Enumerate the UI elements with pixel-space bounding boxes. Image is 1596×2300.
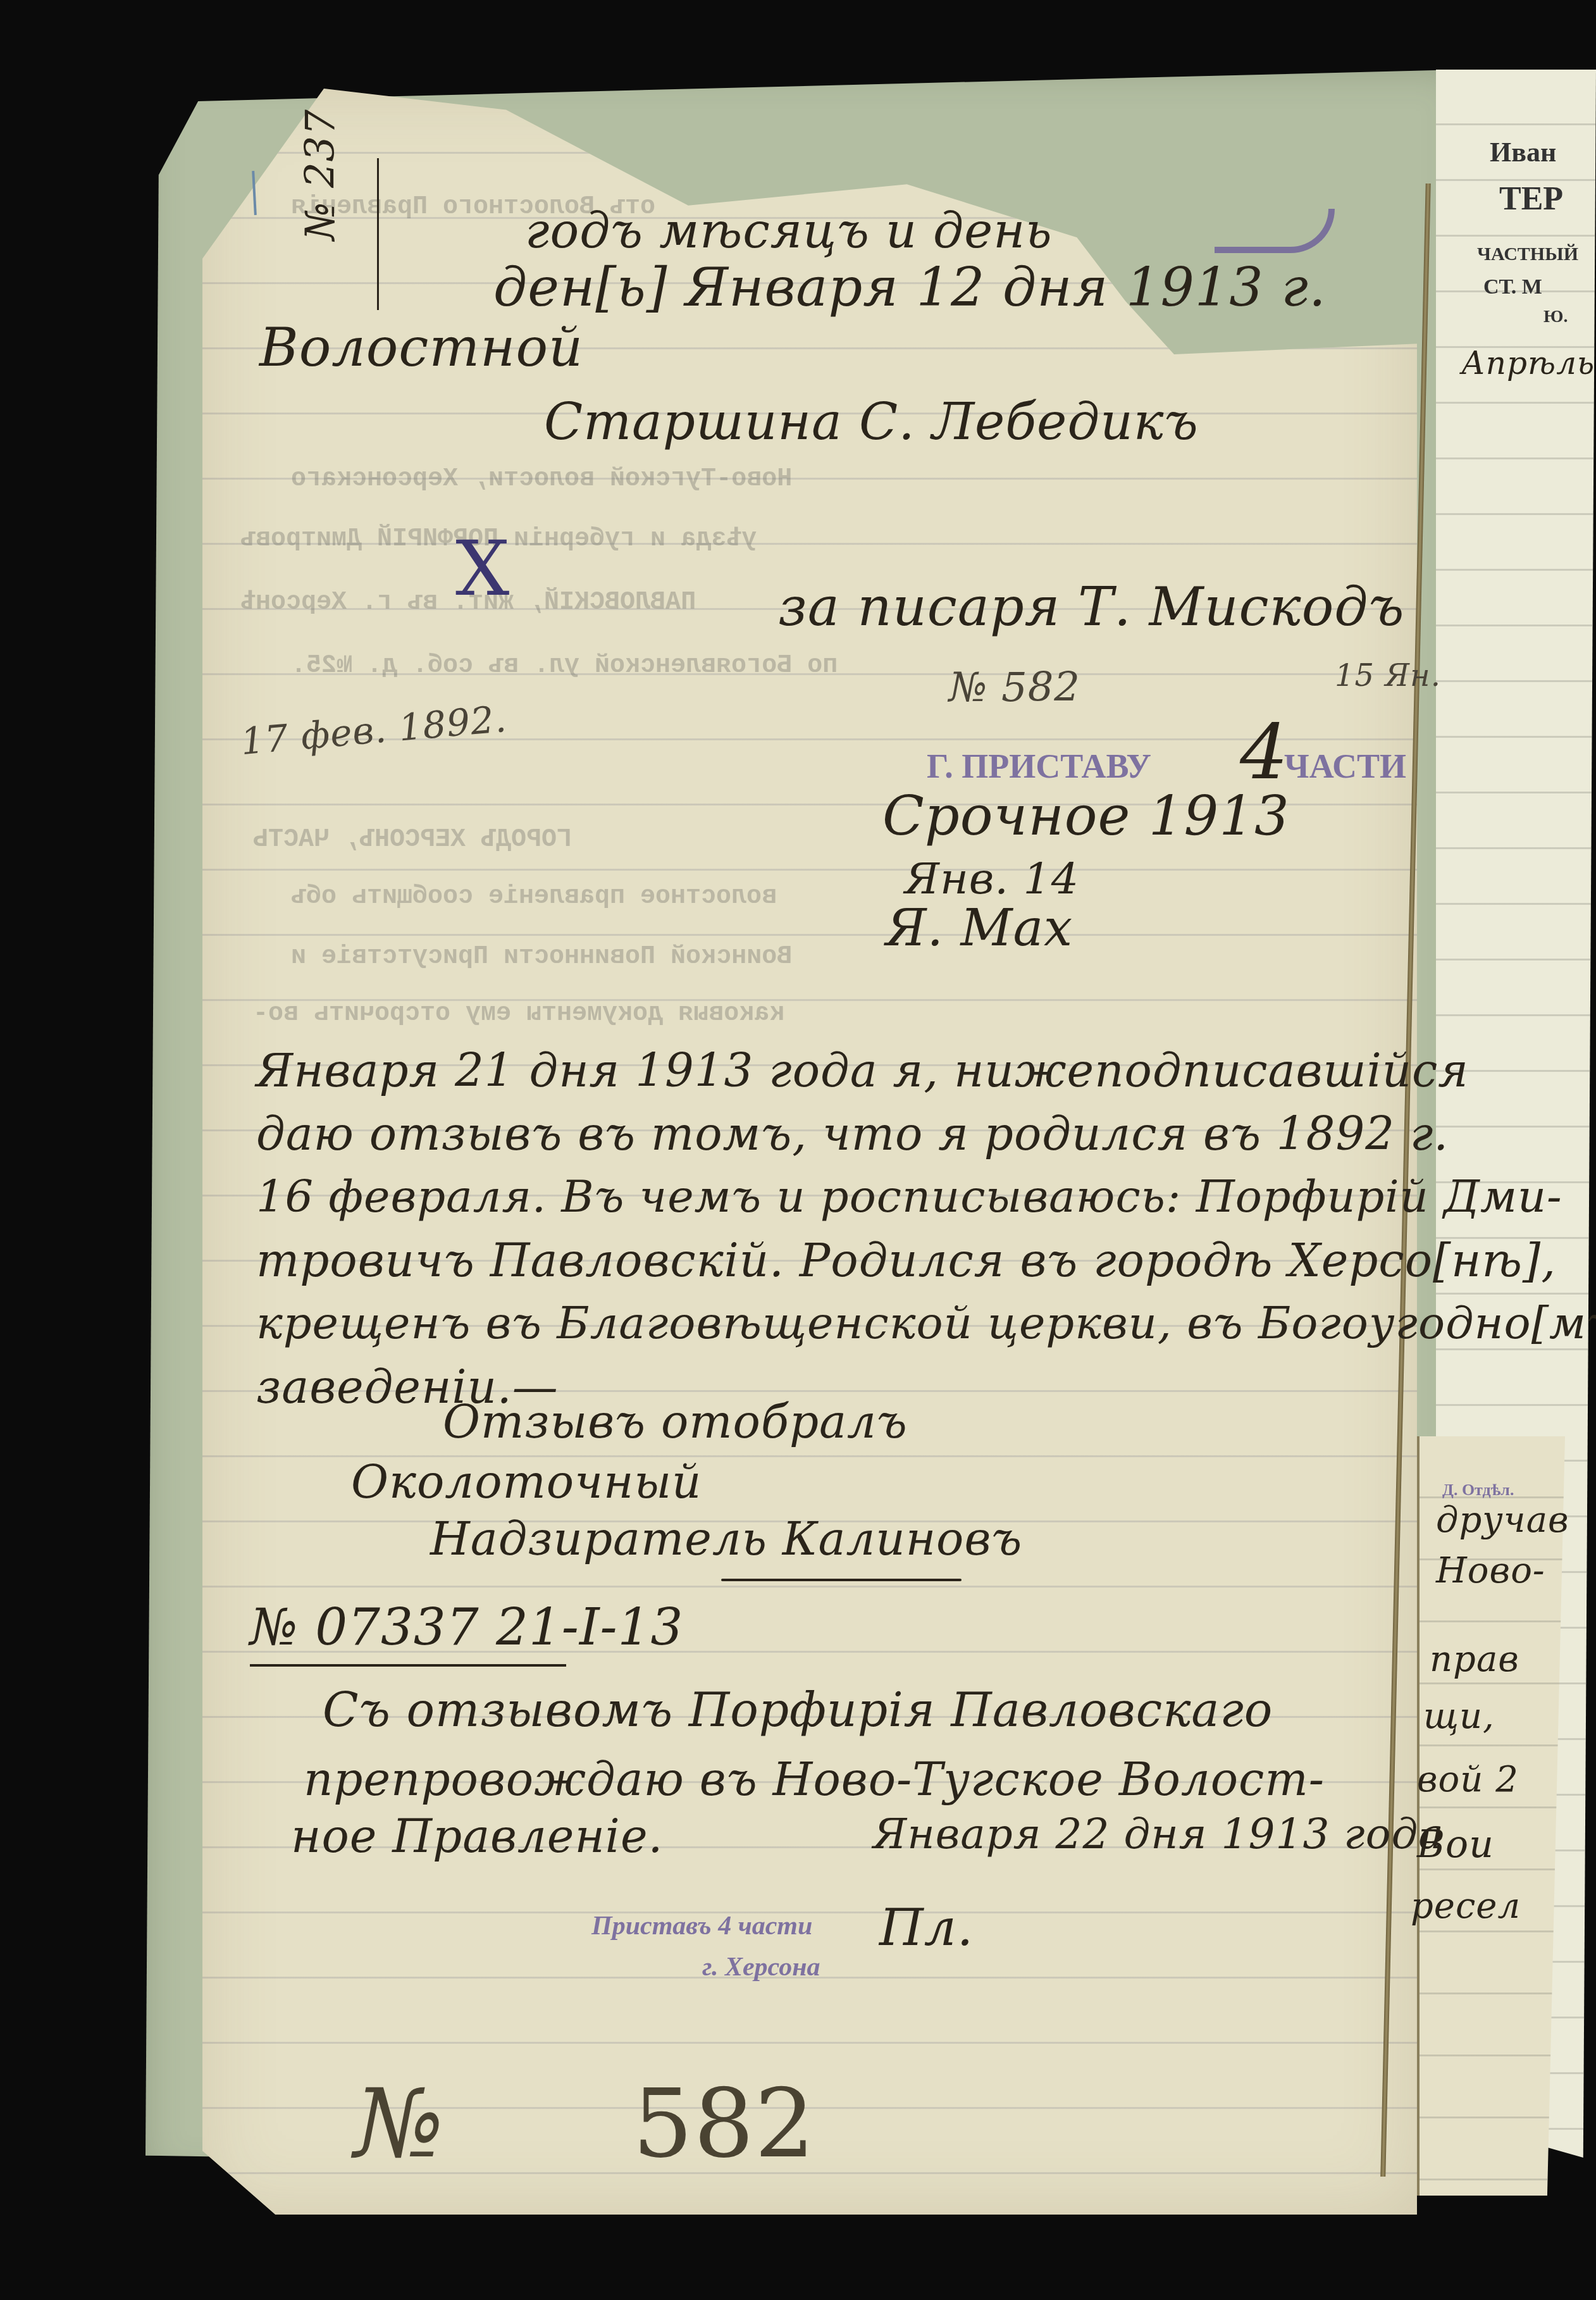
testimony-line: 16 февраля. Въ чемъ и росписываюсь: Порф…	[256, 1171, 1562, 1222]
mirrored-typed-line: Воинской Повинности Присутствіе и	[291, 943, 792, 971]
right-sheet-printed-address: СТ. М	[1483, 275, 1542, 299]
right-lower-fragment: вой 2	[1417, 1759, 1519, 1800]
footer-number-value: 582	[633, 2069, 815, 2179]
right-lower-stamp: Д. Отдѣл.	[1442, 1481, 1514, 1500]
mirrored-typed-line: каковыя документы ему отсрочить во-	[253, 1000, 784, 1028]
right-lower-fragment: Ново-	[1436, 1550, 1545, 1591]
taken-by-label: Отзывъ отобралъ	[443, 1395, 908, 1448]
header-line-2: ден[ь] Января 12 дня 1913 г.	[493, 256, 1327, 318]
mirrored-typed-line: волостное правленіе сообщить объ	[291, 883, 777, 911]
mirrored-typed-line: Ново-Тугской волости, Херсонскаго	[291, 465, 792, 494]
clerk-signature: за писаря Т. Мискодъ	[778, 576, 1405, 638]
right-sheet-signature: Апрѣль	[1461, 345, 1595, 382]
right-sheet-printed-name: Иван	[1490, 136, 1556, 168]
forwarding-line: Съ отзывомъ Порфирія Павловскаго	[323, 1683, 1273, 1737]
right-lower-fragment: ресел	[1411, 1886, 1521, 1927]
signature-flourish	[721, 1579, 962, 1581]
forwarding-reference: № 07337 21-I-13	[250, 1598, 683, 1657]
stamp-to-bailiff: Г. ПРИСТАВУ	[927, 747, 1151, 786]
forwarding-line: препровождаю въ Ново-Тугское Волост-	[304, 1753, 1325, 1806]
bailiff-signature: Пл.	[879, 1898, 974, 1957]
bailiff-stamp-line-2: г. Херсона	[702, 1952, 820, 1982]
cross-mark: X	[455, 525, 510, 613]
forwarding-date: Января 22 дня 1913 года	[873, 1810, 1444, 1858]
officer-rank: Околоточный	[351, 1455, 702, 1508]
testimony-line: крещенъ въ Благовѣщенской церкви, въ Бог…	[256, 1297, 1596, 1349]
right-lower-fragment: прав	[1430, 1639, 1519, 1680]
right-sheet-printed-surname: ТЕР	[1499, 180, 1563, 218]
bailiff-stamp-line-1: Приставъ 4 части	[591, 1911, 812, 1941]
margin-rule	[377, 158, 379, 310]
received-date: Янв. 14	[905, 854, 1079, 904]
side-date-note: 15 Ян.	[1335, 658, 1441, 693]
reference-underline	[250, 1664, 566, 1667]
reference-number: № 582	[949, 664, 1080, 711]
right-sheet-printed-title: ЧАСТНЫЙ	[1477, 244, 1578, 265]
forwarding-line: ное Правленіе.	[291, 1810, 663, 1863]
village-elder-signature: Старшина С. Лебедикъ	[544, 392, 1199, 451]
testimony-line: даю отзывъ въ томъ, что я родился въ 189…	[256, 1107, 1449, 1160]
part-number: 4	[1240, 709, 1289, 797]
margin-register-number: № 237	[297, 109, 344, 240]
right-lower-fragment: Вои	[1417, 1822, 1494, 1867]
stamp-part-label: ЧАСТИ	[1284, 747, 1406, 786]
testimony-line: тровичъ Павловскій. Родился въ городѣ Хе…	[256, 1234, 1556, 1287]
mirrored-typed-line: по Богоявленской ул. въ соб. д. №25.	[291, 652, 838, 680]
footer-number-sign: №	[354, 2069, 445, 2179]
official-initials: Я. Мах	[886, 898, 1073, 957]
right-sheet-printed-fragment: Ю.	[1543, 307, 1568, 327]
header-line-3: Волостной	[259, 316, 583, 378]
urgent-note: Срочное 1913	[882, 785, 1290, 848]
inspector-signature: Надзиратель Калиновъ	[430, 1512, 1022, 1565]
testimony-line: Января 21 дня 1913 года я, нижеподписавш…	[256, 1044, 1469, 1097]
right-lower-fragment: щи,	[1423, 1696, 1495, 1737]
mirrored-typed-line: ГОРОДЪ ХЕРСОНЪ, ЧАСТЬ	[253, 826, 572, 854]
right-lower-fragment: дручав	[1436, 1500, 1569, 1541]
header-line-1: годъ мѣсяцъ и день	[525, 202, 1053, 259]
